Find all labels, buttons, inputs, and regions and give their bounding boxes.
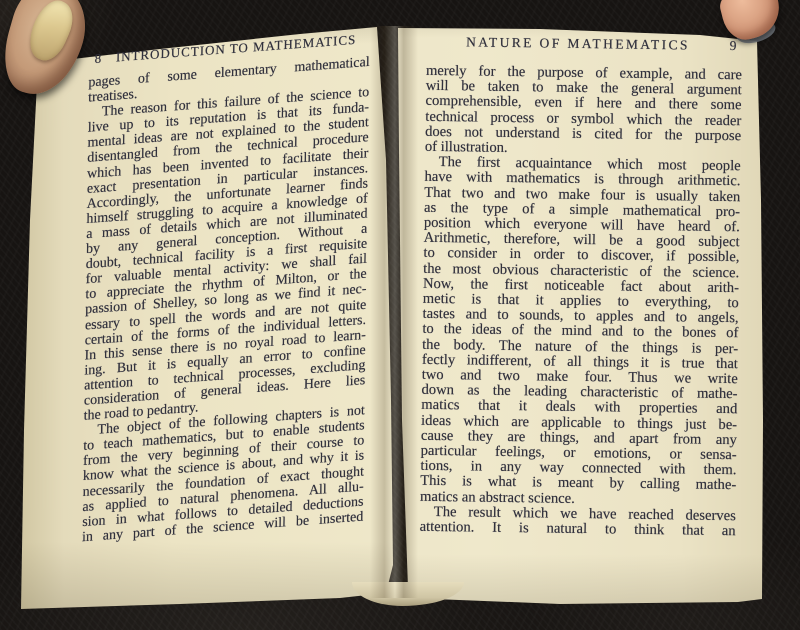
left-page-text: 8 INTRODUCTION TO MATHEMATICS pages of s… [82,31,370,545]
right-running-title: NATURE OF MATHEMATICS [426,34,729,53]
left-page-body: pages of some elementary mathematicaltre… [82,55,370,545]
right-page-body: merely for the purpose of example, and c… [420,64,743,540]
right-page-text: NATURE OF MATHEMATICS 9 merely for the p… [420,34,743,540]
thumb-nail [22,0,80,66]
right-page-header: NATURE OF MATHEMATICS 9 [426,34,742,53]
open-book-photo: 8 INTRODUCTION TO MATHEMATICS pages of s… [0,0,800,630]
right-page-number: 9 [730,38,737,53]
page-bottom-curl [352,582,464,606]
